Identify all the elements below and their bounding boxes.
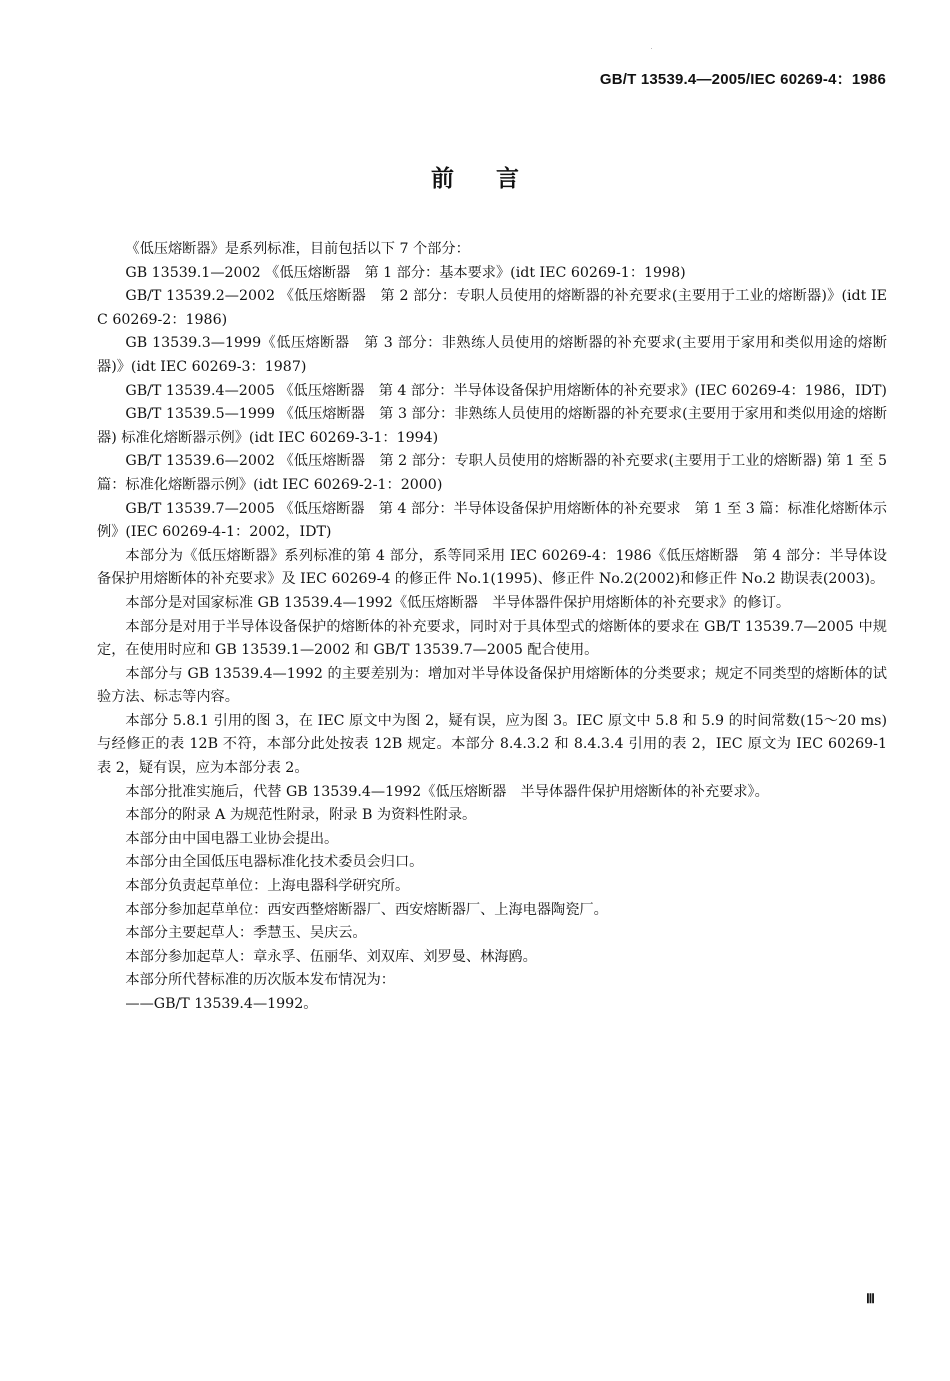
paragraph-differences: 本部分与 GB 13539.4—1992 的主要差别为：增加对半导体设备保护用熔… [97,663,887,710]
paragraph-proposed-by: 本部分由中国电器工业协会提出。 [97,828,887,852]
paragraph-revision: 本部分是对国家标准 GB 13539.4—1992《低压熔断器 半导体器件保护用… [97,592,887,616]
paragraph-adoption: 本部分为《低压熔断器》系列标准的第 4 部分，系等同采用 IEC 60269-4… [97,545,887,592]
paragraph-main-drafters: 本部分主要起草人：季慧玉、吴庆云。 [97,922,887,946]
paragraph-replacement: 本部分批准实施后，代替 GB 13539.4—1992《低压熔断器 半导体器件保… [97,781,887,805]
paragraph-corrections: 本部分 5.8.1 引用的图 3，在 IEC 原文中为图 2，疑有误，应为图 3… [97,710,887,781]
paragraph-participating-units: 本部分参加起草单位：西安西整熔断器厂、西安熔断器厂、上海电器陶瓷厂。 [97,899,887,923]
paragraph-history-intro: 本部分所代替标准的历次版本发布情况为： [97,969,887,993]
foreword-body: 《低压熔断器》是系列标准，目前包括以下 7 个部分： GB 13539.1—20… [97,238,887,1017]
paragraph-history-item: ——GB/T 13539.4—1992。 [97,993,887,1017]
paragraph-part-2: GB/T 13539.2—2002 《低压熔断器 第 2 部分：专职人员使用的熔… [97,285,887,332]
paragraph-drafting-unit: 本部分负责起草单位：上海电器科学研究所。 [97,875,887,899]
paragraph-series-intro: 《低压熔断器》是系列标准，目前包括以下 7 个部分： [97,238,887,262]
scan-speck [651,48,652,49]
document-page: GB/T 13539.4—2005/IEC 60269-4：1986 前言 《低… [0,0,950,1381]
paragraph-part-6: GB/T 13539.6—2002 《低压熔断器 第 2 部分：专职人员使用的熔… [97,450,887,497]
paragraph-part-4: GB/T 13539.4—2005 《低压熔断器 第 4 部分：半导体设备保护用… [97,380,887,404]
paragraph-part-7: GB/T 13539.7—2005 《低压熔断器 第 4 部分：半导体设备保护用… [97,498,887,545]
paragraph-participating-drafters: 本部分参加起草人：章永孚、伍丽华、刘双库、刘罗曼、林海鸥。 [97,946,887,970]
paragraph-part-5: GB/T 13539.5—1999 《低压熔断器 第 3 部分：非熟练人员使用的… [97,403,887,450]
page-number: Ⅲ [866,1291,875,1307]
page-title: 前言 [0,160,950,193]
standard-code-header: GB/T 13539.4—2005/IEC 60269-4：1986 [600,68,886,89]
paragraph-part-3: GB 13539.3—1999《低压熔断器 第 3 部分：非熟练人员使用的熔断器… [97,332,887,379]
paragraph-centralized-by: 本部分由全国低压电器标准化技术委员会归口。 [97,851,887,875]
paragraph-scope: 本部分是对用于半导体设备保护的熔断体的补充要求，同时对于具体型式的熔断体的要求在… [97,616,887,663]
paragraph-annexes: 本部分的附录 A 为规范性附录，附录 B 为资料性附录。 [97,804,887,828]
paragraph-part-1: GB 13539.1—2002 《低压熔断器 第 1 部分：基本要求》(idt … [97,262,887,286]
